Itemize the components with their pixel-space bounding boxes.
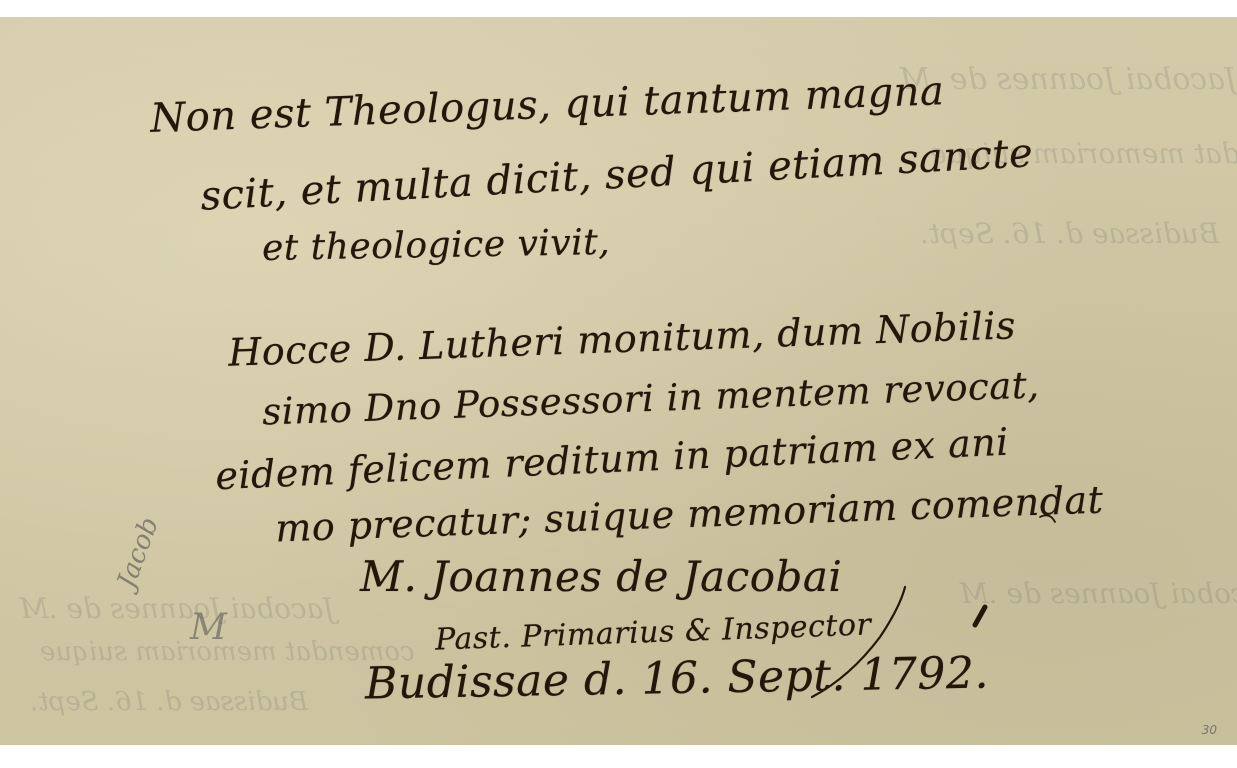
bleed-through-text: Budissae d. 16. Sept. <box>30 687 308 717</box>
bleed-through-text: Jacobai Joannes de .M <box>900 62 1237 97</box>
signature-place-date: Budissae d. 16. Sept. 1792. <box>365 648 990 710</box>
manuscript-line-3: et theologice vivit, <box>262 222 611 269</box>
pencil-marginalia: Jacob <box>112 513 165 592</box>
bleed-through-text: Jacobai Joannes de .M <box>960 577 1237 610</box>
signature-name: M. Joannes de Jacobai <box>360 552 842 601</box>
bleed-through-text: Budissae d. 16. Sept. <box>920 217 1219 250</box>
manuscript-line-2: scit, et multa dicit, sed qui etiam sanc… <box>199 130 1034 220</box>
manuscript-line-4: Hocce D. Lutheri monitum, dum Nobilis <box>227 303 1016 374</box>
bleed-through-text: comendat memoriam suique <box>40 637 415 667</box>
manuscript-line-1: Non est Theologus, qui tantum magna <box>149 68 945 142</box>
scan-canvas: Jacobai Joannes de .M comendat memoriam … <box>0 0 1237 768</box>
bleed-through-text: Jacobai Joannes de .M <box>20 592 335 625</box>
folio-number: 30 <box>1202 723 1217 737</box>
pencil-marginalia: M <box>190 607 227 648</box>
manuscript-page: Jacobai Joannes de .M comendat memoriam … <box>0 17 1237 745</box>
